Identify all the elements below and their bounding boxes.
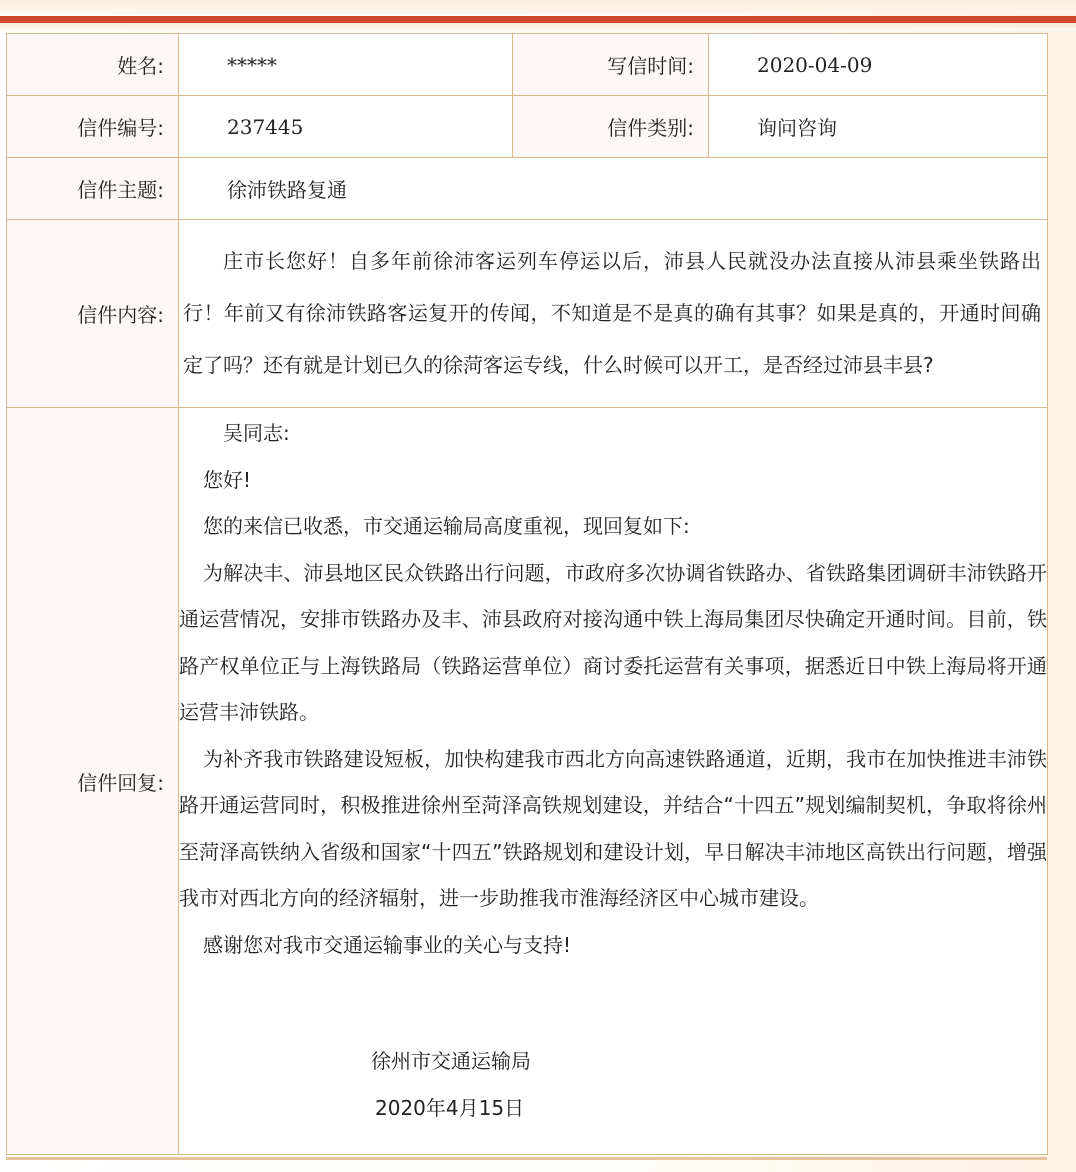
letter-table: 姓名: ***** 写信时间: 2020-04-09 信件编号: 237445 … [6, 33, 1048, 1155]
reply-greeting: 您好! [179, 457, 1047, 504]
category-label: 信件类别: [513, 96, 709, 158]
reply-signature: 徐州市交通运输局 [179, 1038, 1047, 1085]
category-value: 询问咨询 [709, 96, 1048, 158]
accent-bar [0, 16, 1076, 23]
number-value: 237445 [179, 96, 513, 158]
reply-date: 2020年4月15日 [179, 1085, 1047, 1132]
row-number-category: 信件编号: 237445 信件类别: 询问咨询 [7, 96, 1048, 158]
spacer [179, 968, 1047, 1038]
row-subject: 信件主题: 徐沛铁路复通 [7, 158, 1048, 220]
subject-label: 信件主题: [7, 158, 179, 220]
reply-paragraph-2: 为补齐我市铁路建设短板，加快构建我市西北方向高速铁路通道，近期，我市在加快推进丰… [179, 736, 1047, 922]
reply-paragraph-1: 为解决丰、沛县地区民众铁路出行问题，市政府多次协调省铁路办、省铁路集团调研丰沛铁… [179, 550, 1047, 736]
name-label: 姓名: [7, 34, 179, 96]
reply-intro: 您的来信已收悉，市交通运输局高度重视，现回复如下: [179, 503, 1047, 550]
content-value: 庄市长您好！自多年前徐沛客运列车停运以后，沛县人民就没办法直接从沛县乘坐铁路出行… [179, 235, 1047, 391]
header-strip [0, 0, 1076, 14]
content-cell: 庄市长您好！自多年前徐沛客运列车停运以后，沛县人民就没办法直接从沛县乘坐铁路出行… [179, 220, 1048, 408]
reply-cell: 吴同志: 您好! 您的来信已收悉，市交通运输局高度重视，现回复如下: 为解决丰、… [179, 408, 1048, 1155]
number-label: 信件编号: [7, 96, 179, 158]
reply-salutation: 吴同志: [179, 410, 1047, 457]
row-reply: 信件回复: 吴同志: 您好! 您的来信已收悉，市交通运输局高度重视，现回复如下:… [7, 408, 1048, 1155]
header-shadow [0, 23, 1076, 31]
reply-label: 信件回复: [7, 408, 179, 1155]
table-bottom-shadow [6, 1157, 1047, 1160]
content-label: 信件内容: [7, 220, 179, 408]
name-value: ***** [179, 34, 513, 96]
subject-value: 徐沛铁路复通 [179, 158, 1048, 220]
row-content: 信件内容: 庄市长您好！自多年前徐沛客运列车停运以后，沛县人民就没办法直接从沛县… [7, 220, 1048, 408]
date-value: 2020-04-09 [709, 34, 1048, 96]
date-label: 写信时间: [513, 34, 709, 96]
reply-closing: 感谢您对我市交通运输事业的关心与支持! [179, 922, 1047, 969]
row-name-date: 姓名: ***** 写信时间: 2020-04-09 [7, 34, 1048, 96]
